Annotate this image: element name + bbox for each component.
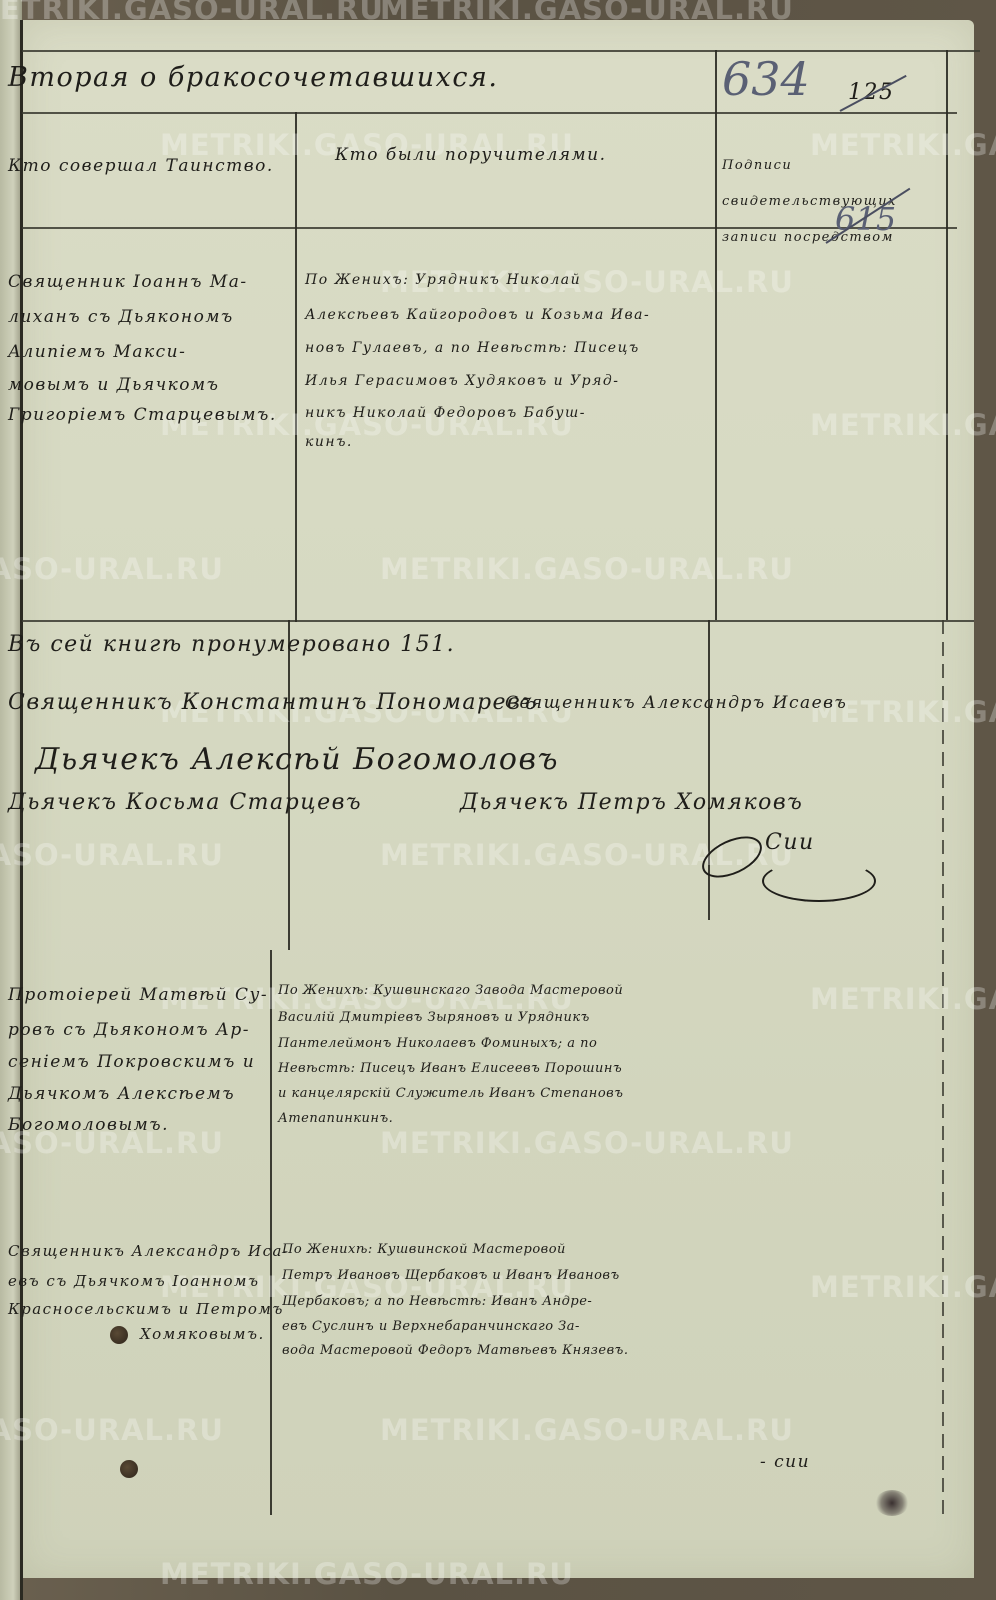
entry-2-guarantors-line: Василій Дмитріевъ Зыряновъ и Урядникъ	[278, 1010, 590, 1025]
section-title: Вторая о бракосочетавшихся.	[8, 62, 498, 93]
watermark: METRIKI.GASO-URAL.RU	[0, 838, 224, 872]
watermark: METRIKI.GASO-URAL.RU	[0, 552, 224, 586]
watermark: METRIKI.GASO-URAL.RU	[810, 1270, 996, 1304]
entry-1-guarantors-line: Алексѣевъ Кайгородовъ и Козьма Ива-	[305, 307, 650, 323]
column-header-performed-by: Кто совершал Таинство.	[8, 145, 288, 187]
entry-1-performed-by-line: Григоріемъ Старцевымъ.	[8, 405, 277, 425]
watermark: METRIKI.GASO-URAL.RU	[160, 1557, 574, 1591]
rule-entry-divider	[22, 620, 974, 622]
entry-2-guarantors-line: Пантелеймонъ Николаевъ Фоминыхъ; а по	[278, 1036, 597, 1051]
watermark: METRIKI.GASO-URAL.RU	[810, 408, 996, 442]
entry-2-performed-by-line: ровъ съ Дьякономъ Ар-	[8, 1020, 250, 1040]
watermark: METRIKI.GASO-URAL.RU	[0, 0, 384, 26]
entry-2-performed-by-line: Протоіерей Матвѣй Су-	[8, 985, 268, 1005]
entry-1-performed-by-line: мовымъ и Дьячкомъ	[8, 375, 219, 395]
entry-1-guarantors-line: Илья Герасимовъ Худяковъ и Уряд-	[305, 373, 620, 389]
entry-3-performed-by-line: Хомяковымъ.	[140, 1325, 265, 1343]
entry-2-guarantors-line: и канцелярскій Служитель Иванъ Степановъ	[278, 1086, 623, 1101]
page-count-note: Въ сей книгѣ пронумеровано 151.	[8, 632, 455, 657]
entry-1-performed-by-line: Алипіемъ Макси-	[8, 342, 186, 362]
page-number-pencil: 634	[722, 52, 810, 106]
entry-3-performed-by-line: Красносельскимъ и Петромъ	[8, 1300, 284, 1318]
col-divider-1-lower	[288, 620, 290, 950]
entry-3-guarantors-line: Петръ Ивановъ Щербаковъ и Иванъ Ивановъ	[282, 1268, 620, 1283]
entry-2-guarantors-line: Атепапинкинъ.	[278, 1111, 393, 1126]
watermark: METRIKI.GASO-URAL.RU	[380, 1413, 794, 1447]
entry-1-guarantors-line: кинъ.	[305, 434, 353, 450]
signature-deacon-bogomolov: Дьячекъ Алексѣй Богомоловъ	[35, 742, 559, 777]
col-divider-1-bottom	[270, 950, 272, 1515]
entry-1-performed-by-line: лиханъ съ Дьякономъ	[8, 307, 234, 327]
binding-hole	[120, 1460, 138, 1478]
signature-priest-ponomarev: Священникъ Константинъ Пономаревъ	[8, 690, 538, 715]
signature-priest-isaev: Священникъ Александръ Исаевъ	[505, 693, 847, 713]
watermark: METRIKI.GASO-URAL.RU	[380, 0, 794, 26]
entry-2-performed-by-line: Богомоловымъ.	[8, 1115, 169, 1135]
entry-3-guarantors-line: По Женихѣ: Кушвинской Мастеровой	[282, 1242, 566, 1257]
entry-2-performed-by-line: Дьячкомъ Алексѣемъ	[8, 1084, 235, 1104]
entry-3-guarantors-line: вода Мастеровой Федоръ Матвѣевъ Князевъ.	[282, 1343, 628, 1358]
signature-deacon-startsev: Дьячекъ Косьма Старцевъ	[8, 790, 362, 815]
entry-3-performed-by-line: евъ съ Дьячкомъ Іоанномъ	[8, 1272, 259, 1290]
footer-mark: - сии	[760, 1452, 810, 1472]
entry-3-performed-by-line: Священникъ Александръ Иса-	[8, 1242, 290, 1260]
col-divider-1	[295, 112, 297, 622]
signature-deacon-khomyakov: Дьячекъ Петръ Хомяковъ	[460, 790, 803, 815]
watermark: METRIKI.GASO-URAL.RU	[380, 1126, 794, 1160]
entry-1-performed-by-line: Священник Іоаннъ Ма-	[8, 272, 248, 292]
binding-hole	[110, 1326, 128, 1344]
watermark: METRIKI.GASO-URAL.RU	[380, 552, 794, 586]
entry-3-guarantors-line: евъ Суслинъ и Верхнебаранчинскаго За-	[282, 1319, 580, 1334]
col-divider-2	[715, 50, 717, 620]
ink-blot	[875, 1490, 909, 1516]
entry-1-guarantors-line: никъ Николай Федоровъ Бабуш-	[305, 405, 586, 421]
signature-flourish-text: Сии	[765, 830, 815, 855]
signature-flourish-loop-2	[762, 860, 876, 902]
entry-1-guarantors-line: новъ Гулаевъ, а по Невѣстѣ: Писецъ	[305, 340, 640, 356]
entry-1-guarantors-line: По Женихъ: Урядникъ Николай	[305, 272, 581, 288]
entry-2-performed-by-line: сеніемъ Покровскимъ и	[8, 1052, 255, 1072]
column-header-guarantors: Кто были поручителями.	[335, 145, 606, 165]
entry-3-guarantors-line: Щербаковъ; а по Невѣстѣ: Иванъ Андре-	[282, 1294, 592, 1309]
rule-top	[22, 50, 980, 52]
entry-2-guarantors-line: По Женихѣ: Кушвинскаго Завода Мастеровой	[278, 983, 623, 998]
rule-under-title	[22, 112, 957, 114]
col-divider-3-lower	[942, 620, 944, 1520]
entry-2-guarantors-line: Невѣстѣ: Писецъ Иванъ Елисеевъ Порошинъ	[278, 1061, 622, 1076]
watermark: METRIKI.GASO-URAL.RU	[0, 1413, 224, 1447]
watermark: METRIKI.GASO-URAL.RU	[810, 982, 996, 1016]
